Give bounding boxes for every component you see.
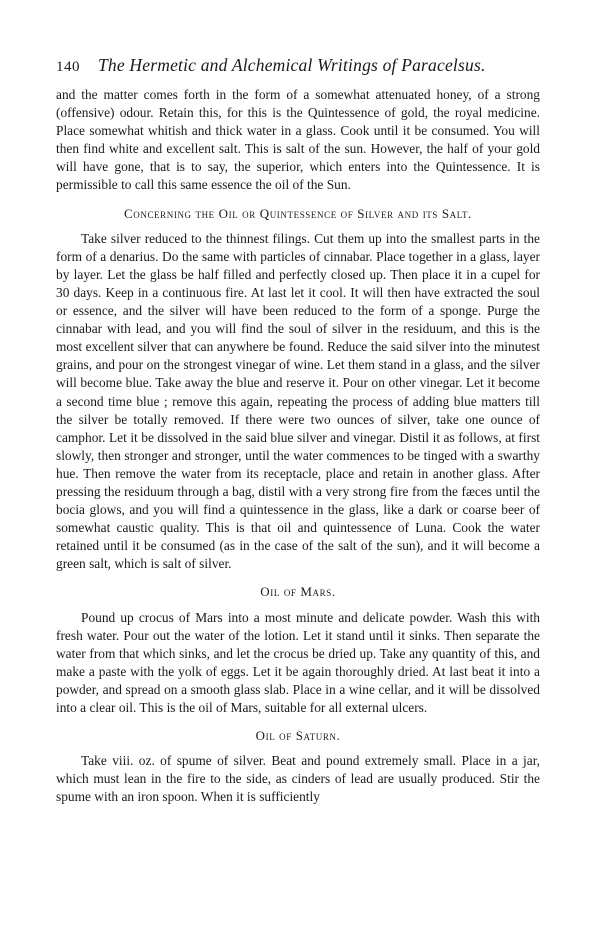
section-heading-silver: Concerning the Oil or Quintessence of Si… [56, 205, 540, 223]
paragraph-saturn: Take viii. oz. of spume of silver. Beat … [56, 752, 540, 806]
continuation-paragraph: and the matter comes forth in the form o… [56, 86, 540, 195]
running-head: 140 The Hermetic and Alchemical Writings… [56, 55, 540, 79]
body-text: and the matter comes forth in the form o… [56, 86, 540, 806]
page-number: 140 [56, 59, 80, 76]
book-title: The Hermetic and Alchemical Writings of … [98, 55, 486, 76]
section-heading-mars: Oil of Mars. [56, 583, 540, 601]
paragraph-mars: Pound up crocus of Mars into a most minu… [56, 609, 540, 718]
section-heading-saturn: Oil of Saturn. [56, 727, 540, 745]
paragraph-silver: Take silver reduced to the thinnest fili… [56, 230, 540, 574]
